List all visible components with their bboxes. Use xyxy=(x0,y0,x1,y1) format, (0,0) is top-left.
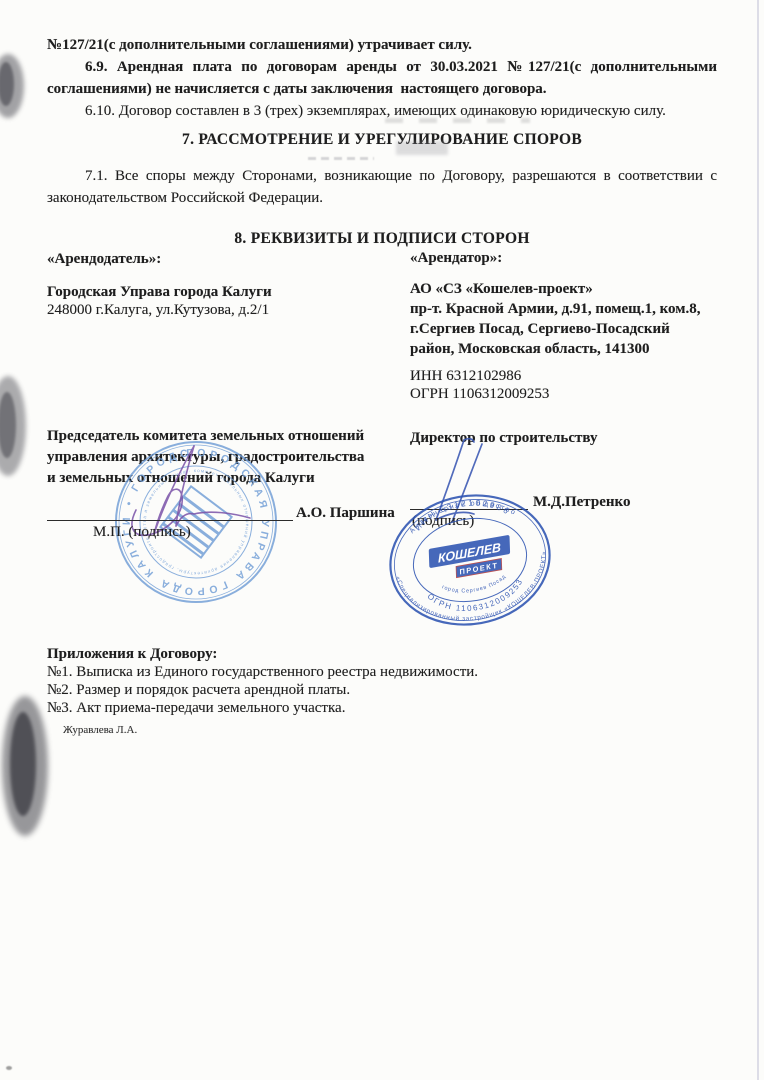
koshelev-logo: КОШЕЛЕВ ПРОЕКТ xyxy=(429,535,511,583)
clause-7-1-line2: законодательством Российской Федерации. xyxy=(47,189,323,208)
scan-artifact-bottom-core xyxy=(10,712,36,816)
lessor-label: «Арендодатель»: xyxy=(47,250,161,269)
attachment-item-1: №1. Выписка из Единого государственного … xyxy=(47,663,478,682)
clause-6-9-line2: соглашениями) не начисляется с даты закл… xyxy=(47,80,547,99)
scan-smudge-under-clause xyxy=(385,118,530,123)
lessor-address: 248000 г.Калуга, ул.Кутузова, д.2/1 xyxy=(47,301,269,320)
lessee-label: «Арендатор»: xyxy=(410,249,502,268)
lessee-inn: ИНН 6312102986 xyxy=(410,367,521,386)
clause-7-1-line1: 7.1. Все споры между Сторонами, возникаю… xyxy=(47,167,717,186)
lessee-ogrn: ОГРН 1106312009253 xyxy=(410,385,549,404)
svg-text:город Сергиев Посад: город Сергиев Посад xyxy=(440,573,509,599)
koshelev-oval-stamp: Акционерное общество «Специализированный… xyxy=(384,490,556,630)
scan-smudge-dashed-line xyxy=(308,157,374,160)
lessor-signature-line xyxy=(47,520,293,521)
section-7-heading: 7. РАССМОТРЕНИЕ И УРЕГУЛИРОВАНИЕ СПОРОВ xyxy=(47,130,717,149)
lessee-name: АО «СЗ «Кошелев-проект» xyxy=(410,280,593,299)
attachment-item-2: №2. Размер и порядок расчета арендной пл… xyxy=(47,681,350,700)
lessor-signer-name: А.О. Паршина xyxy=(296,504,395,523)
lessee-address-line1: пр-т. Красной Армии, д.91, помещ.1, ком.… xyxy=(410,300,700,319)
scan-smudge-near-heading7 xyxy=(396,141,448,155)
clause-6-10: 6.10. Договор составлен в 3 (трех) экзем… xyxy=(85,102,666,121)
attachments-heading: Приложения к Договору: xyxy=(47,645,217,664)
clause-6-9-line1: 6.9. Арендная плата по договорам аренды … xyxy=(47,58,717,77)
scan-edge-line-right xyxy=(757,0,759,1080)
section-8-heading: 8. РЕКВИЗИТЫ И ПОДПИСИ СТОРОН xyxy=(47,229,717,248)
lessee-address-line2: г.Сергиев Посад, Сергиево-Посадский xyxy=(410,320,670,339)
lessor-name: Городская Управа города Калуги xyxy=(47,283,272,302)
scanned-contract-page: №127/21(с дополнительными соглашениями) … xyxy=(0,0,764,1080)
lessee-address-line3: район, Московская область, 141300 xyxy=(410,340,650,359)
clause-127-continuation: №127/21(с дополнительными соглашениями) … xyxy=(47,36,472,55)
attachment-item-3: №3. Акт приема-передачи земельного участ… xyxy=(47,699,345,718)
lessor-seal-caption: М.П. (подпись) xyxy=(93,523,191,542)
executor-note: Журавлева Л.А. xyxy=(63,724,137,737)
oval-stamp-city-text: город Сергиев Посад xyxy=(440,573,509,599)
scan-speck-bottom-left xyxy=(6,1066,12,1070)
